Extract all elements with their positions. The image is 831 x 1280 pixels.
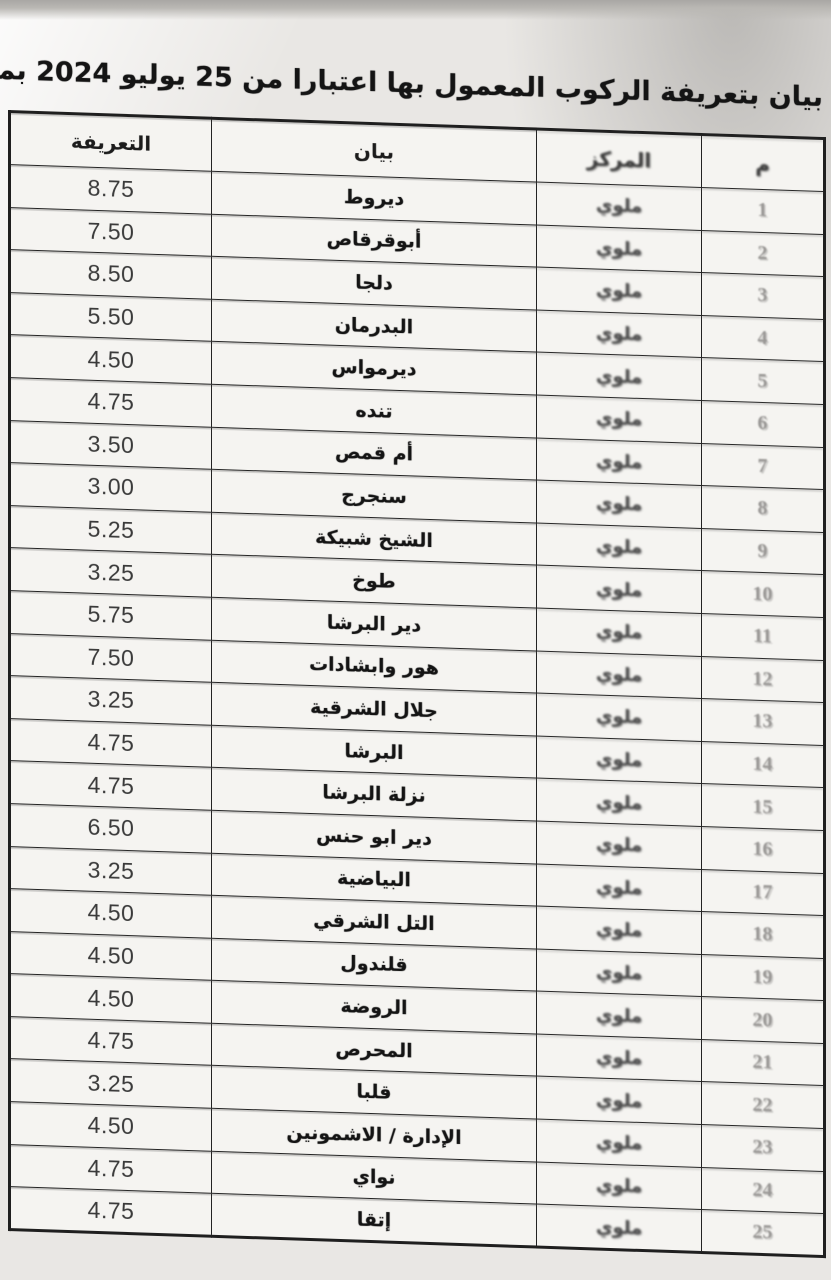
- row-center: ملوي: [537, 651, 702, 699]
- row-number: 21: [702, 1039, 825, 1086]
- row-tariff: 8.50: [10, 250, 212, 299]
- row-center: ملوي: [537, 608, 702, 656]
- row-tariff: 4.50: [10, 1102, 212, 1151]
- header-number: م: [702, 135, 825, 192]
- row-number: 16: [702, 826, 825, 873]
- row-number: 13: [702, 699, 825, 746]
- row-center: ملوي: [537, 778, 702, 826]
- row-number: 25: [702, 1210, 825, 1257]
- row-number: 8: [702, 486, 825, 533]
- row-tariff: 4.50: [10, 335, 212, 384]
- row-number: 18: [702, 912, 825, 959]
- row-number: 22: [702, 1082, 825, 1129]
- row-number: 14: [702, 741, 825, 788]
- table-body: 1 ملوي ديروط 8.75 2 ملوي أبوقرقاص 7.50 3…: [10, 165, 825, 1257]
- row-center: ملوي: [537, 182, 702, 230]
- row-tariff: 4.75: [10, 378, 212, 427]
- row-number: 2: [702, 230, 825, 277]
- row-number: 5: [702, 358, 825, 405]
- row-tariff: 5.50: [10, 292, 212, 341]
- row-number: 20: [702, 997, 825, 1044]
- row-number: 6: [702, 400, 825, 447]
- row-tariff: 8.75: [10, 165, 212, 214]
- row-number: 24: [702, 1167, 825, 1214]
- tariff-table: م المركز بيان التعريفة 1 ملوي ديروط 8.75…: [8, 110, 826, 1258]
- row-tariff: 3.25: [10, 1059, 212, 1108]
- row-center: ملوي: [537, 693, 702, 741]
- row-number: 17: [702, 869, 825, 916]
- row-number: 11: [702, 613, 825, 660]
- row-center: ملوي: [537, 438, 702, 486]
- row-center: ملوي: [537, 225, 702, 273]
- row-center: ملوي: [537, 395, 702, 443]
- row-tariff: 4.75: [10, 718, 212, 767]
- row-number: 10: [702, 571, 825, 618]
- row-tariff: 3.00: [10, 463, 212, 512]
- row-tariff: 5.25: [10, 505, 212, 554]
- row-center: ملوي: [537, 864, 702, 912]
- page-title: بيان بتعريفة الركوب المعمول بها اعتبارا …: [8, 55, 823, 113]
- row-center: ملوي: [537, 1204, 702, 1252]
- row-center: ملوي: [537, 480, 702, 528]
- row-center: ملوي: [537, 906, 702, 954]
- row-tariff: 6.50: [10, 803, 212, 852]
- row-center: ملوي: [537, 267, 702, 315]
- row-center: ملوي: [537, 1034, 702, 1082]
- row-number: 15: [702, 784, 825, 831]
- row-tariff: 4.50: [10, 931, 212, 980]
- row-number: 23: [702, 1125, 825, 1172]
- row-number: 12: [702, 656, 825, 703]
- row-tariff: 4.50: [10, 889, 212, 938]
- row-number: 7: [702, 443, 825, 490]
- row-tariff: 4.75: [10, 1016, 212, 1065]
- row-number: 9: [702, 528, 825, 575]
- row-number: 3: [702, 273, 825, 320]
- row-tariff: 7.50: [10, 633, 212, 682]
- row-number: 4: [702, 315, 825, 362]
- row-tariff: 4.75: [10, 761, 212, 810]
- row-center: ملوي: [537, 523, 702, 571]
- row-center: ملوي: [537, 821, 702, 869]
- row-center: ملوي: [537, 310, 702, 358]
- row-tariff: 3.25: [10, 676, 212, 725]
- row-number: 1: [702, 188, 825, 235]
- row-center: ملوي: [537, 1077, 702, 1125]
- row-center: ملوي: [537, 352, 702, 400]
- row-center: ملوي: [537, 565, 702, 613]
- row-tariff: 4.75: [10, 1187, 212, 1236]
- row-center: ملوي: [537, 1119, 702, 1167]
- row-tariff: 3.50: [10, 420, 212, 469]
- row-tariff: 7.50: [10, 207, 212, 256]
- header-tariff: التعريفة: [10, 112, 212, 172]
- row-tariff: 5.75: [10, 590, 212, 639]
- scanned-document: { "page": { "title": "بيان بتعريفة الركو…: [0, 0, 831, 1280]
- row-tariff: 3.25: [10, 846, 212, 895]
- header-center: المركز: [537, 129, 702, 187]
- row-center: ملوي: [537, 1162, 702, 1210]
- row-tariff: 3.25: [10, 548, 212, 597]
- row-tariff: 4.75: [10, 1144, 212, 1193]
- row-number: 19: [702, 954, 825, 1001]
- row-center: ملوي: [537, 991, 702, 1039]
- row-tariff: 4.50: [10, 974, 212, 1023]
- scanned-page-content: بيان بتعريفة الركوب المعمول بها اعتبارا …: [8, 55, 823, 1258]
- row-center: ملوي: [537, 949, 702, 997]
- row-center: ملوي: [537, 736, 702, 784]
